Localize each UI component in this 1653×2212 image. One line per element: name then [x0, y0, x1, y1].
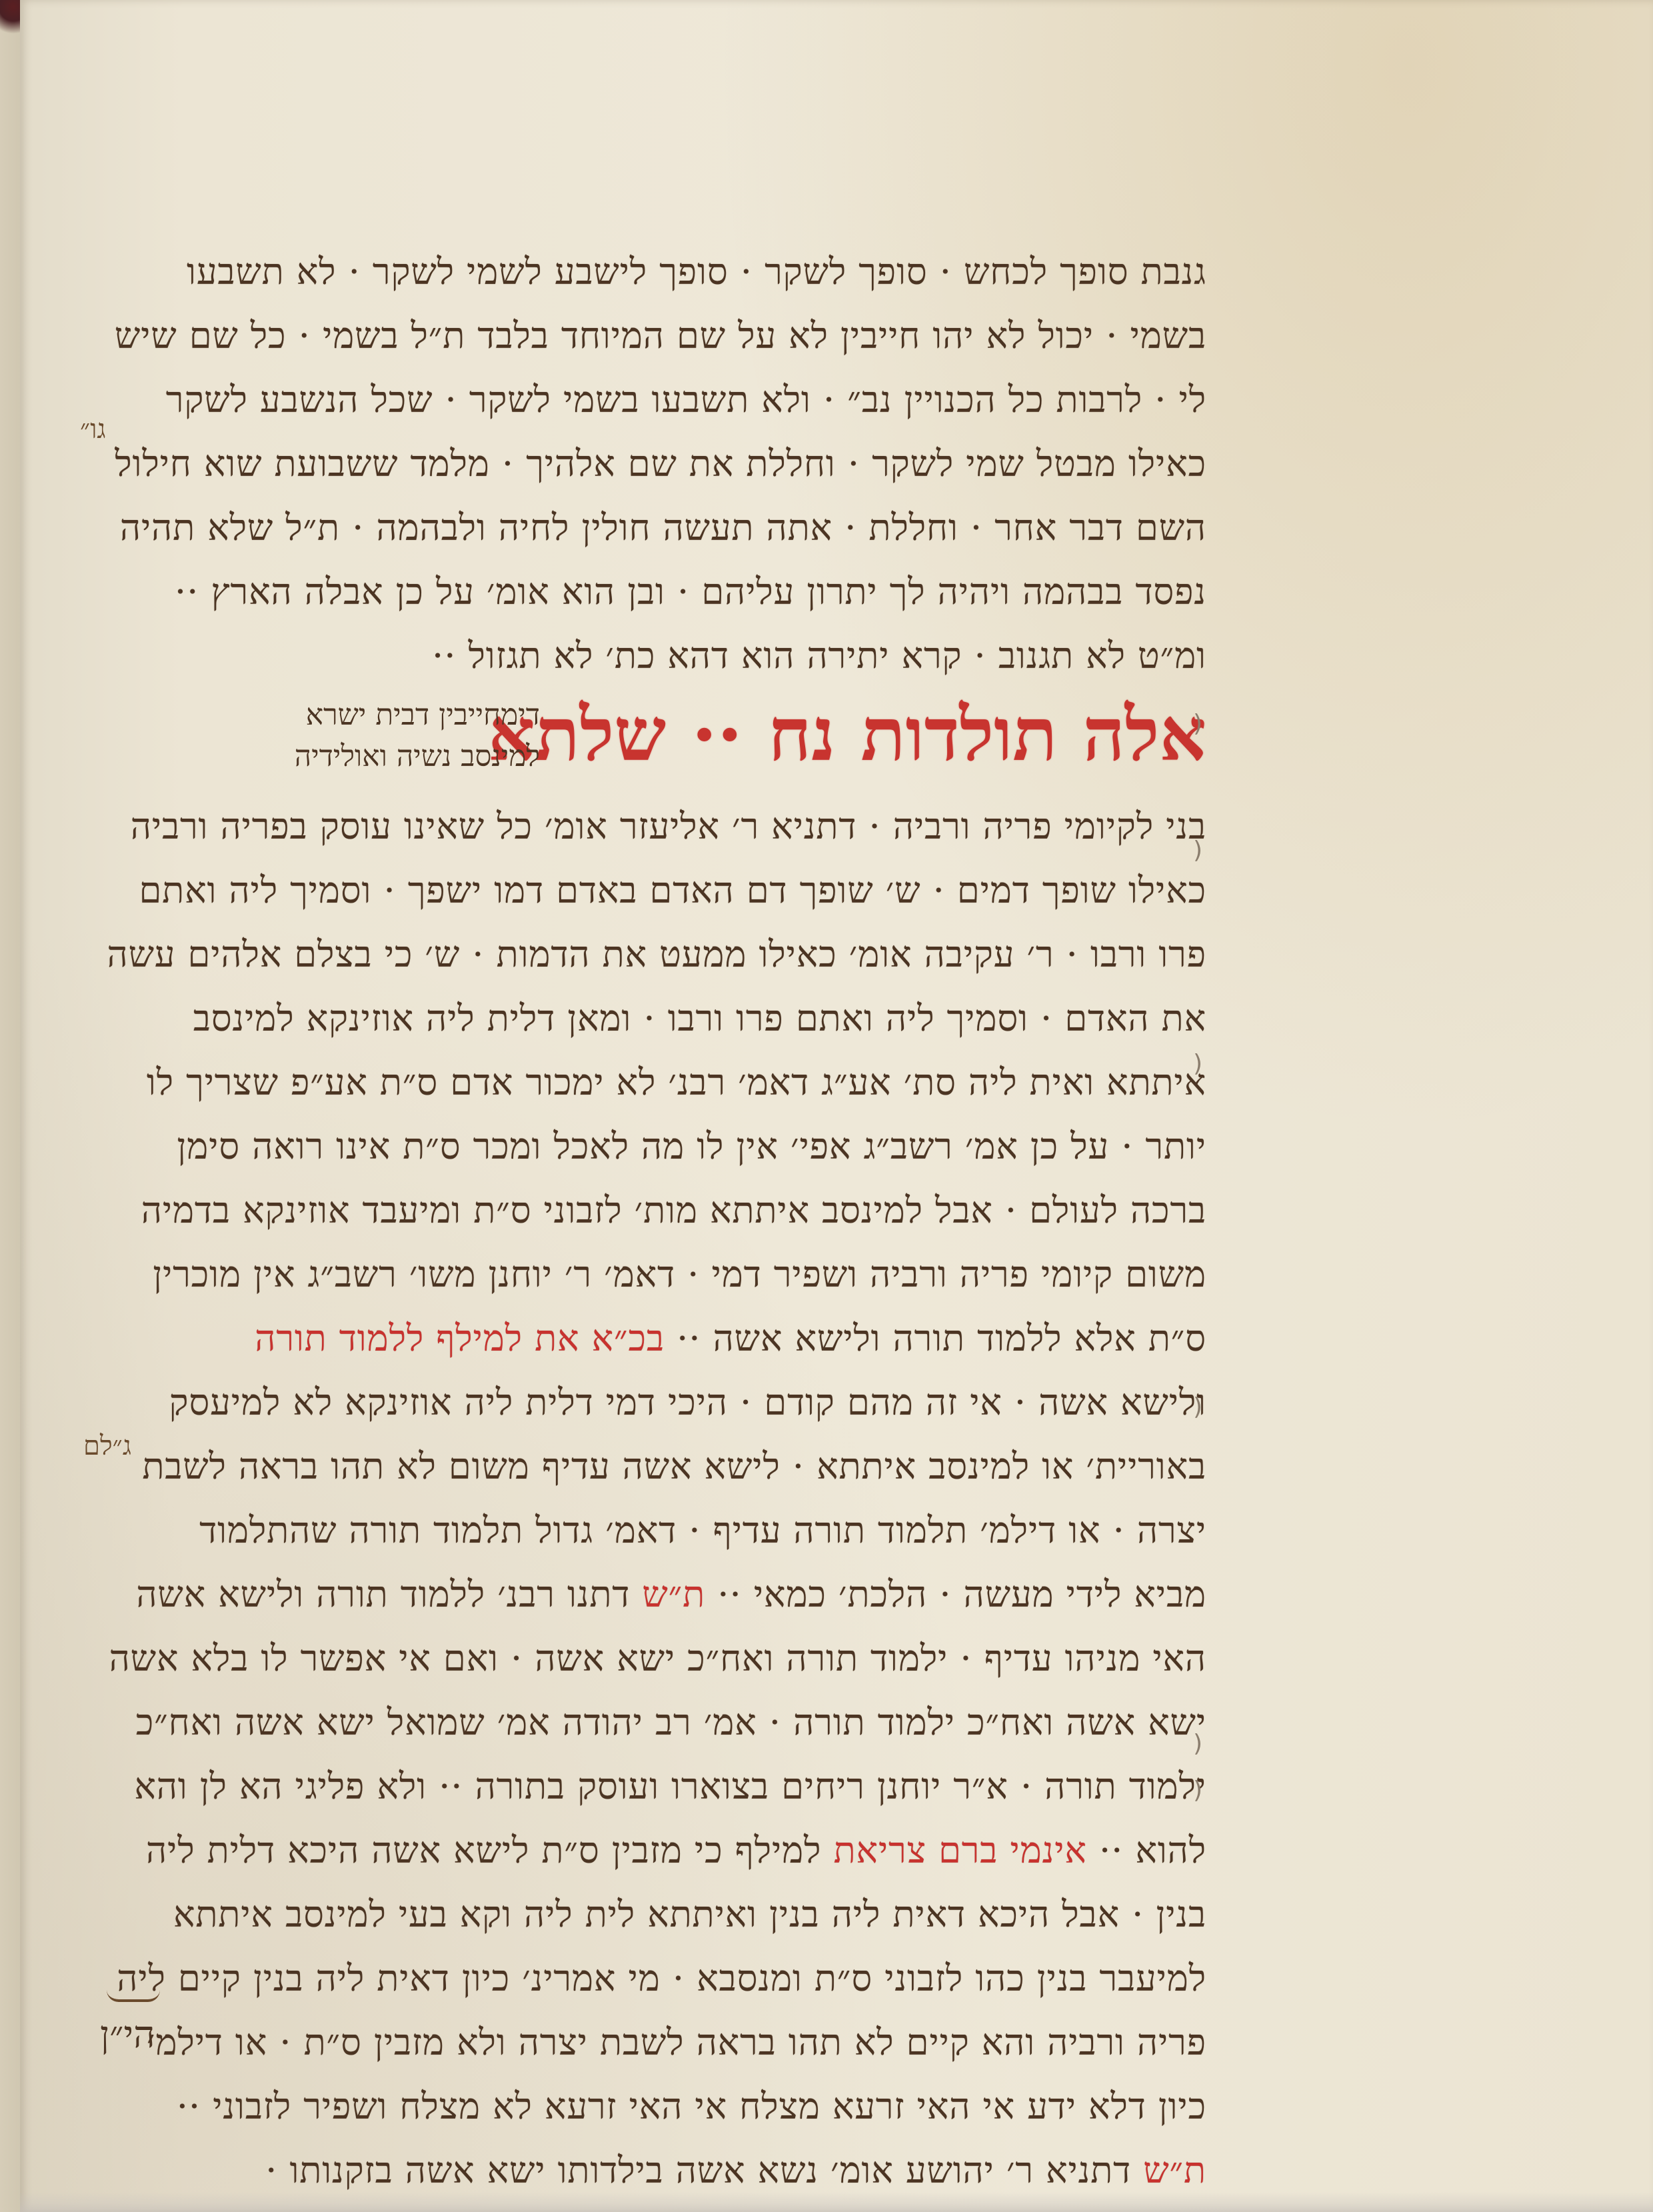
line-marker-glyph: )	[1193, 1730, 1202, 1757]
heading-side-text: דימחייבין דבית ישרא למינסב נשיה ואולידיה	[167, 695, 540, 777]
text-line: כאילו שופך דמים · ש׳ שופך דם האדם באדם ד…	[167, 859, 1206, 923]
text-line: גנבת סופך לכחש · סופך לשקר · סופך לישבע …	[167, 240, 1206, 304]
text-line: כיון דלא ידע אי האי זרעא מצלח אי האי זרע…	[167, 2075, 1206, 2139]
text-line: לי · לרבות כל הכנויין נב״ · ולא תשבעו בש…	[167, 368, 1206, 432]
text-line: ולישא אשה · אי זה מהם קודם · היכי דמי דל…	[167, 1371, 1206, 1435]
text-line: להוא ·· אינמי ברם צריאת למילף כי מזבין ס…	[167, 1819, 1206, 1883]
catchword: הי״ן	[100, 2013, 155, 2057]
line-marker-glyph: )	[1193, 1393, 1202, 1421]
margin-note: גו״	[80, 413, 106, 445]
text-line: בשמי · יכול לא יהו חייבין לא על שם המיוח…	[167, 304, 1206, 368]
text-line: השם דבר אחר · וחללת · אתה תעשה חולין לחי…	[167, 496, 1206, 560]
rubric-text: ת״ש	[643, 1573, 706, 1615]
text-line: כאילו מבטל שמי לשקר · וחללת את שם אלהיך …	[167, 432, 1206, 496]
text-line: ס״ת אלא ללמוד תורה ולישא אשה ·· בכ״א את …	[167, 1307, 1206, 1371]
line-marker-glyph: )	[1193, 1777, 1202, 1804]
line-text: דתניא ר׳ יהושע אומ׳ נשא אשה בילדותו ישא …	[265, 2149, 1131, 2191]
text-line: למיעבר בנין כהו לזבוני ס״ת ומנסבא · מי א…	[167, 1947, 1206, 2011]
text-line: ומ״ט לא תגנוב · קרא יתירה הוא דהא כת׳ לא…	[167, 624, 1206, 688]
main-text-column: גנבת סופך לכחש · סופך לשקר · סופך לישבע …	[167, 240, 1206, 2203]
text-line: נפסד בבהמה ויהיה לך יתרון עליהם · ובן הו…	[167, 560, 1206, 624]
line-text: להוא ··	[1099, 1829, 1206, 1871]
text-line: משום קיומי פריה ורביה ושפיר דמי · דאמ׳ ר…	[167, 1243, 1206, 1307]
rubric-text: בכ״א את למילף ללמוד תורה	[255, 1317, 665, 1359]
text-line: יצרה · או דילמ׳ תלמוד תורה עדיף · דאמ׳ ג…	[167, 1499, 1206, 1563]
line-text: דתנו רבנ׳ ללמוד תורה ולישא אשה	[136, 1573, 630, 1615]
text-line: בני לקיומי פריה ורביה · דתניא ר׳ אליעזר …	[167, 795, 1206, 859]
text-line: ילמוד תורה · א״ר יוחנן ריחים בצוארו ועוס…	[167, 1755, 1206, 1819]
text-line: ברכה לעולם · אבל למינסב איתתא מות׳ לזבונ…	[167, 1179, 1206, 1243]
section-heading-rubric: אלה תולדות נח ·· שלתא	[488, 688, 1206, 781]
heading-side-line: דימחייבין דבית ישרא	[167, 695, 540, 736]
rubric-text: אינמי ברם צריאת	[834, 1829, 1087, 1871]
catchword-flourish-icon	[107, 1990, 160, 2002]
margin-note: ג״לם	[83, 1430, 131, 1461]
text-line: בנין · אבל היכא דאית ליה בנין ואיתתא לית…	[167, 1883, 1206, 1947]
text-line: איתתא ואית ליה סת׳ אע״ג דאמ׳ רבנ׳ לא ימכ…	[167, 1051, 1206, 1115]
line-marker-glyph: )	[1193, 710, 1202, 737]
text-line: באוריית׳ או למינסב איתתא · לישא אשה עדיף…	[167, 1435, 1206, 1499]
text-line: מביא לידי מעשה · הלכת׳ כמאי ·· ת״ש דתנו …	[167, 1563, 1206, 1627]
line-marker-glyph: )	[1193, 837, 1202, 864]
rubric-text: ת״ש	[1143, 2149, 1206, 2191]
text-line: האי מניהו עדיף · ילמוד תורה ואח״כ ישא אש…	[167, 1627, 1206, 1691]
text-line: פריה ורביה והא קיים לא תהו בראה לשבת יצר…	[167, 2011, 1206, 2075]
text-line: את האדם · וסמיך ליה ואתם פרו ורבו · ומאן…	[167, 987, 1206, 1051]
line-text: ס״ת אלא ללמוד תורה ולישא אשה ··	[677, 1317, 1206, 1359]
line-text: למילף כי מזבין ס״ת לישא אשה היכא דלית לי…	[146, 1829, 821, 1871]
text-line: ישא אשה ואח״כ ילמוד תורה · אמ׳ רב יהודה …	[167, 1691, 1206, 1755]
line-text: מביא לידי מעשה · הלכת׳ כמאי ··	[717, 1573, 1206, 1615]
text-line: ת״ש דתניא ר׳ יהושע אומ׳ נשא אשה בילדותו …	[167, 2139, 1206, 2203]
section-heading-row: אלה תולדות נח ·· שלתא דימחייבין דבית ישר…	[167, 688, 1206, 795]
heading-side-line: למינסב נשיה ואולידיה	[167, 736, 540, 777]
text-line: יותר · על כן אמ׳ רשב״ג אפי׳ אין לו מה לא…	[167, 1115, 1206, 1179]
line-marker-glyph: )	[1193, 1050, 1202, 1077]
text-line: פרו ורבו · ר׳ עקיבה אומ׳ כאילו ממעט את ה…	[167, 923, 1206, 987]
